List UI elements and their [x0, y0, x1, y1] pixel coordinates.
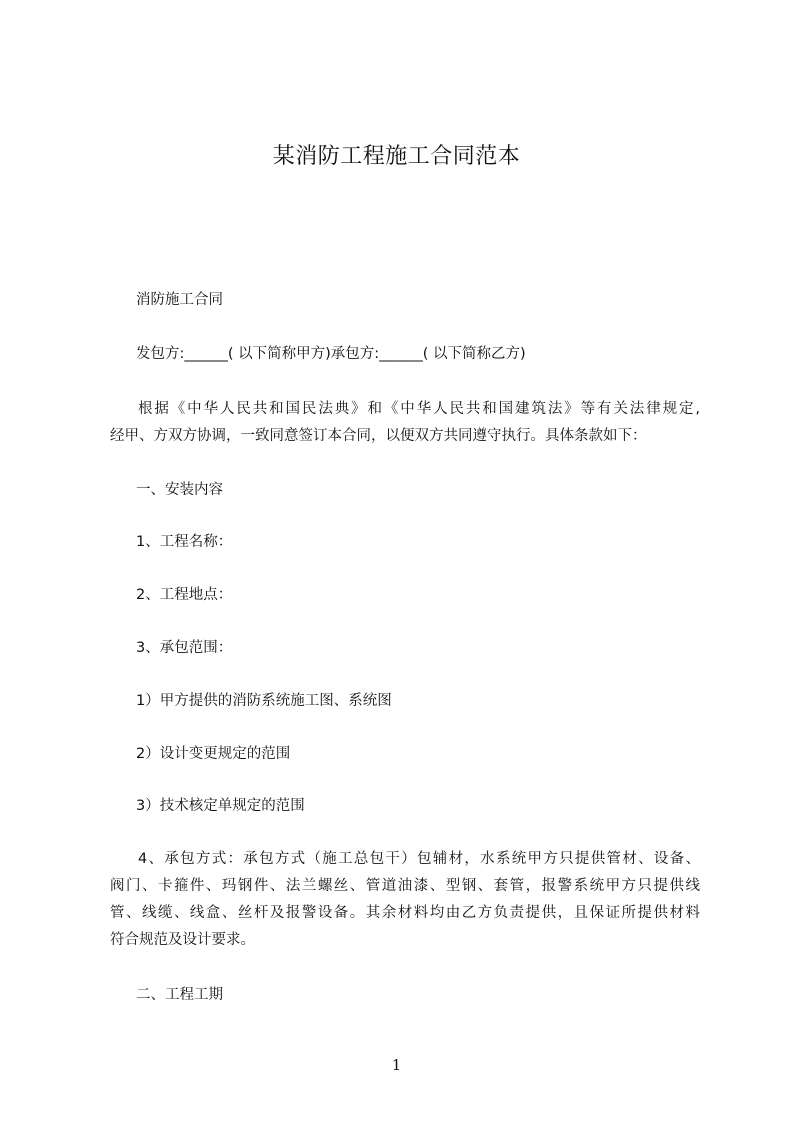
page-number: 1	[0, 1055, 793, 1075]
preamble-line-2: 经甲、方双方协调，一致同意签订本合同，以便双方共同遵守执行。具体条款如下：	[110, 423, 700, 450]
subitem-technical-verification: 3）技术核定单规定的范围	[136, 796, 305, 816]
item-contract-method-paragraph: 4、承包方式：承包方式（施工总包干）包辅材，水系统甲方只提供管材、设备、 阀门、…	[110, 846, 700, 954]
document-title: 某消防工程施工合同范本	[0, 142, 793, 172]
item-contract-scope: 3、承包范围：	[136, 638, 232, 658]
contract-method-line-2: 阀门、卡箍件、玛钢件、法兰螺丝、管道油漆、型钢、套管，报警系统甲方只提供线	[110, 873, 700, 900]
section-heading-installation: 一、安装内容	[136, 480, 223, 500]
parties-line: 发包方:______( 以下简称甲方)承包方:______( 以下简称乙方)	[136, 344, 526, 364]
contract-method-line-4: 符合规范及设计要求。	[110, 927, 700, 954]
item-project-location: 2、工程地点：	[136, 585, 232, 605]
preamble-line-1: 根据《中华人民共和国民法典》和《中华人民共和国建筑法》等有关法律规定,	[110, 396, 700, 423]
contract-method-line-3: 管、线缆、线盒、丝杆及报警设备。其余材料均由乙方负责提供，且保证所提供材料	[110, 900, 700, 927]
document-page: 某消防工程施工合同范本 消防施工合同 发包方:______( 以下简称甲方)承包…	[0, 0, 793, 1122]
preamble-paragraph: 根据《中华人民共和国民法典》和《中华人民共和国建筑法》等有关法律规定, 经甲、方…	[110, 396, 700, 450]
section-heading-schedule: 二、工程工期	[136, 985, 223, 1005]
item-project-name: 1、工程名称：	[136, 532, 232, 552]
subitem-design-changes: 2）设计变更规定的范围	[136, 744, 290, 764]
contract-method-line-1: 4、承包方式：承包方式（施工总包干）包辅材，水系统甲方只提供管材、设备、	[110, 846, 700, 873]
contract-subtitle: 消防施工合同	[136, 290, 223, 310]
subitem-drawings: 1）甲方提供的消防系统施工图、系统图	[136, 691, 392, 711]
